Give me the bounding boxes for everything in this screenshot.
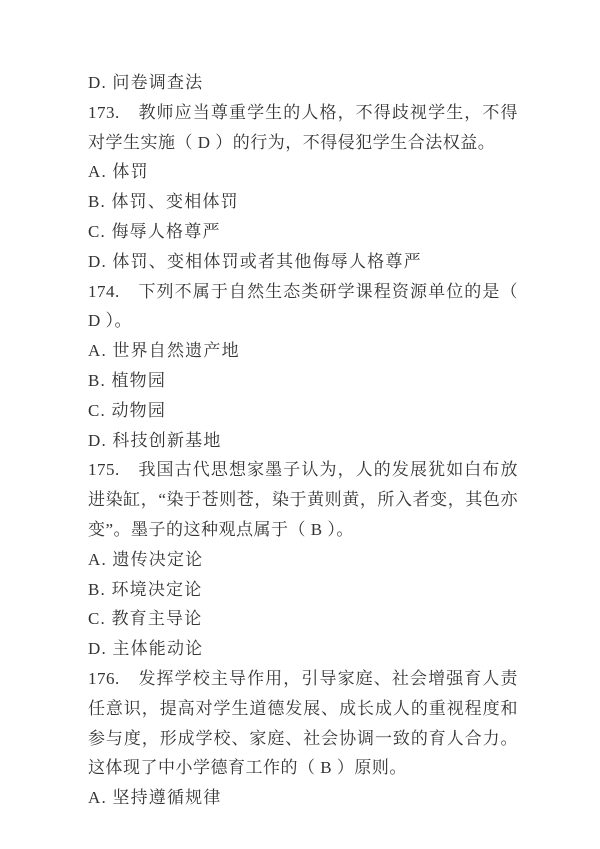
q173-stem: 173. 教师应当尊重学生的人格，不得歧视学生，不得对学生实施（ D ）的行为，…: [88, 98, 518, 158]
q176-option-a: A. 坚持遵循规律: [88, 783, 518, 813]
q174-stem: 174. 下列不属于自然生态类研学课程资源单位的是（ D ）。: [88, 277, 518, 337]
question-list: D. 问卷调查法 173. 教师应当尊重学生的人格，不得歧视学生，不得对学生实施…: [88, 68, 518, 813]
q173-option-c: C. 侮辱人格尊严: [88, 217, 518, 247]
q173-option-d: D. 体罚、变相体罚或者其他侮辱人格尊严: [88, 247, 518, 277]
q174-option-a: A. 世界自然遗产地: [88, 336, 518, 366]
q173-option-b: B. 体罚、变相体罚: [88, 187, 518, 217]
q176-stem: 176. 发挥学校主导作用，引导家庭、社会增强育人责任意识，提高对学生道德发展、…: [88, 664, 518, 783]
q175-option-b: B. 环境决定论: [88, 575, 518, 605]
q173-option-a: A. 体罚: [88, 157, 518, 187]
document-page: D. 问卷调查法 173. 教师应当尊重学生的人格，不得歧视学生，不得对学生实施…: [0, 0, 600, 849]
q174-option-c: C. 动物园: [88, 396, 518, 426]
q172-option-d: D. 问卷调查法: [88, 68, 518, 98]
q175-stem: 175. 我国古代思想家墨子认为，人的发展犹如白布放进染缸，“染于苍则苍，染于黄…: [88, 455, 518, 544]
q175-option-c: C. 教育主导论: [88, 604, 518, 634]
q175-option-a: A. 遗传决定论: [88, 545, 518, 575]
q174-option-b: B. 植物园: [88, 366, 518, 396]
q175-option-d: D. 主体能动论: [88, 634, 518, 664]
q174-option-d: D. 科技创新基地: [88, 426, 518, 456]
